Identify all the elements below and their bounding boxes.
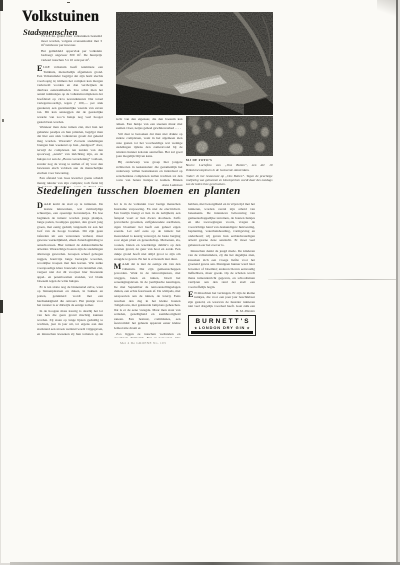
- scanned-newspaper-page: Volkstuinen Stadsmenschen ±5 à 6 ha. gro…: [0, 0, 400, 565]
- body-paragraph: lucht van den eigenaar, die den boezem k…: [116, 117, 183, 131]
- ad-black-bar: [191, 331, 253, 334]
- drop-cap: E: [188, 291, 193, 298]
- column-2: der is in de volkstuin voor bezige mensc…: [114, 202, 181, 338]
- ad-burnetts: BURNETT'S ★LONDON DRY GIN★: [188, 315, 256, 336]
- page-footer: Mei 4 De GROENE No. 103: [30, 341, 256, 345]
- scan-artifact-corner-shadow: [377, 0, 397, 18]
- scan-artifact-mark: [0, 300, 3, 313]
- body-paragraph: EN misschien het verlangen. Er zijn de k…: [188, 291, 255, 308]
- ad-brand-name: BURNETT'S: [189, 318, 255, 325]
- crowd-photo-image: [186, 116, 273, 156]
- body-paragraph: Bij onderwerp was groep hier jongere arc…: [116, 160, 183, 183]
- body-paragraph: Het gemiddeld oppervlak per volkstuin be…: [41, 49, 102, 63]
- main-headline: Volkstuinen: [22, 8, 99, 26]
- ad-product-line: ★LONDON DRY GIN★: [189, 325, 255, 330]
- star-icon: ★: [245, 326, 251, 330]
- scan-artifact-bottom-edge: [10, 562, 400, 565]
- body-paragraph: Zoo liggen ze tusschen weilanden en spoo…: [114, 332, 181, 339]
- crowd-photo: [186, 116, 273, 156]
- aerial-photo-image: [116, 12, 273, 115]
- column-b: lucht van den eigenaar, die den boezem k…: [116, 117, 183, 183]
- column-3: hebben, met bezorgdheid en in vrijen tij…: [188, 202, 255, 308]
- body-paragraph: MAAR dat is niet de eenige zin van den v…: [114, 262, 181, 330]
- scan-artifact-fold-line: [268, 279, 396, 280]
- author-signature: H. M. Planten: [188, 309, 255, 313]
- drop-cap: D: [37, 202, 43, 209]
- body-paragraph: hebben, met bezorgdheid en in vrijen tij…: [188, 202, 255, 247]
- body-paragraph: Intusschen denkt de jeugd mede. De kinde…: [188, 249, 255, 290]
- photo-caption-top: Boven: Luchtfoto van „Ons Buiten”, een d…: [186, 163, 273, 172]
- photo-caption-heading: BIJ DE FOTO’S: [186, 158, 273, 162]
- body-paragraph: Wanneer men deze tuinen ziet, met hun ne…: [37, 125, 103, 175]
- second-headline: Stedelingen tusschen bloemen en planten: [37, 185, 240, 197]
- column-a: ±5 à 6 ha. grond voor volkstuinen bestem…: [37, 34, 103, 187]
- scan-artifact-right-edge: [396, 0, 398, 565]
- body-paragraph: Er is ten slotte nog de binnenstad zelve…: [37, 285, 103, 308]
- scan-artifact-corner-mark: [0, 0, 3, 11]
- aerial-photo: [116, 12, 273, 115]
- scan-artifact-speck: [2, 119, 4, 122]
- drop-cap: E: [37, 65, 42, 72]
- scan-artifact-left-edge: [0, 0, 1, 563]
- scan-artifact-speck: [67, 2, 70, 3]
- body-paragraph: In de hoogste mate treurig is daarbij he…: [37, 309, 103, 336]
- body-paragraph: ±5 à 6 ha. grond voor volkstuinen bestem…: [41, 34, 102, 48]
- drop-cap: M: [114, 263, 122, 270]
- body-paragraph: DAAR komt de stad op te tuinieren. De la…: [37, 202, 103, 284]
- body-paragraph: der is in de volkstuin voor bezige mensc…: [114, 202, 181, 261]
- article-intro: ±5 à 6 ha. grond voor volkstuinen bestem…: [37, 34, 103, 65]
- body-paragraph: Stil daar te bezoeken dat men niet drukt…: [116, 132, 183, 159]
- column-1: DAAR komt de stad op te tuinieren. De la…: [37, 202, 103, 336]
- body-paragraph: ELKE volkstuin heeft tenminste een Tuinh…: [37, 65, 103, 124]
